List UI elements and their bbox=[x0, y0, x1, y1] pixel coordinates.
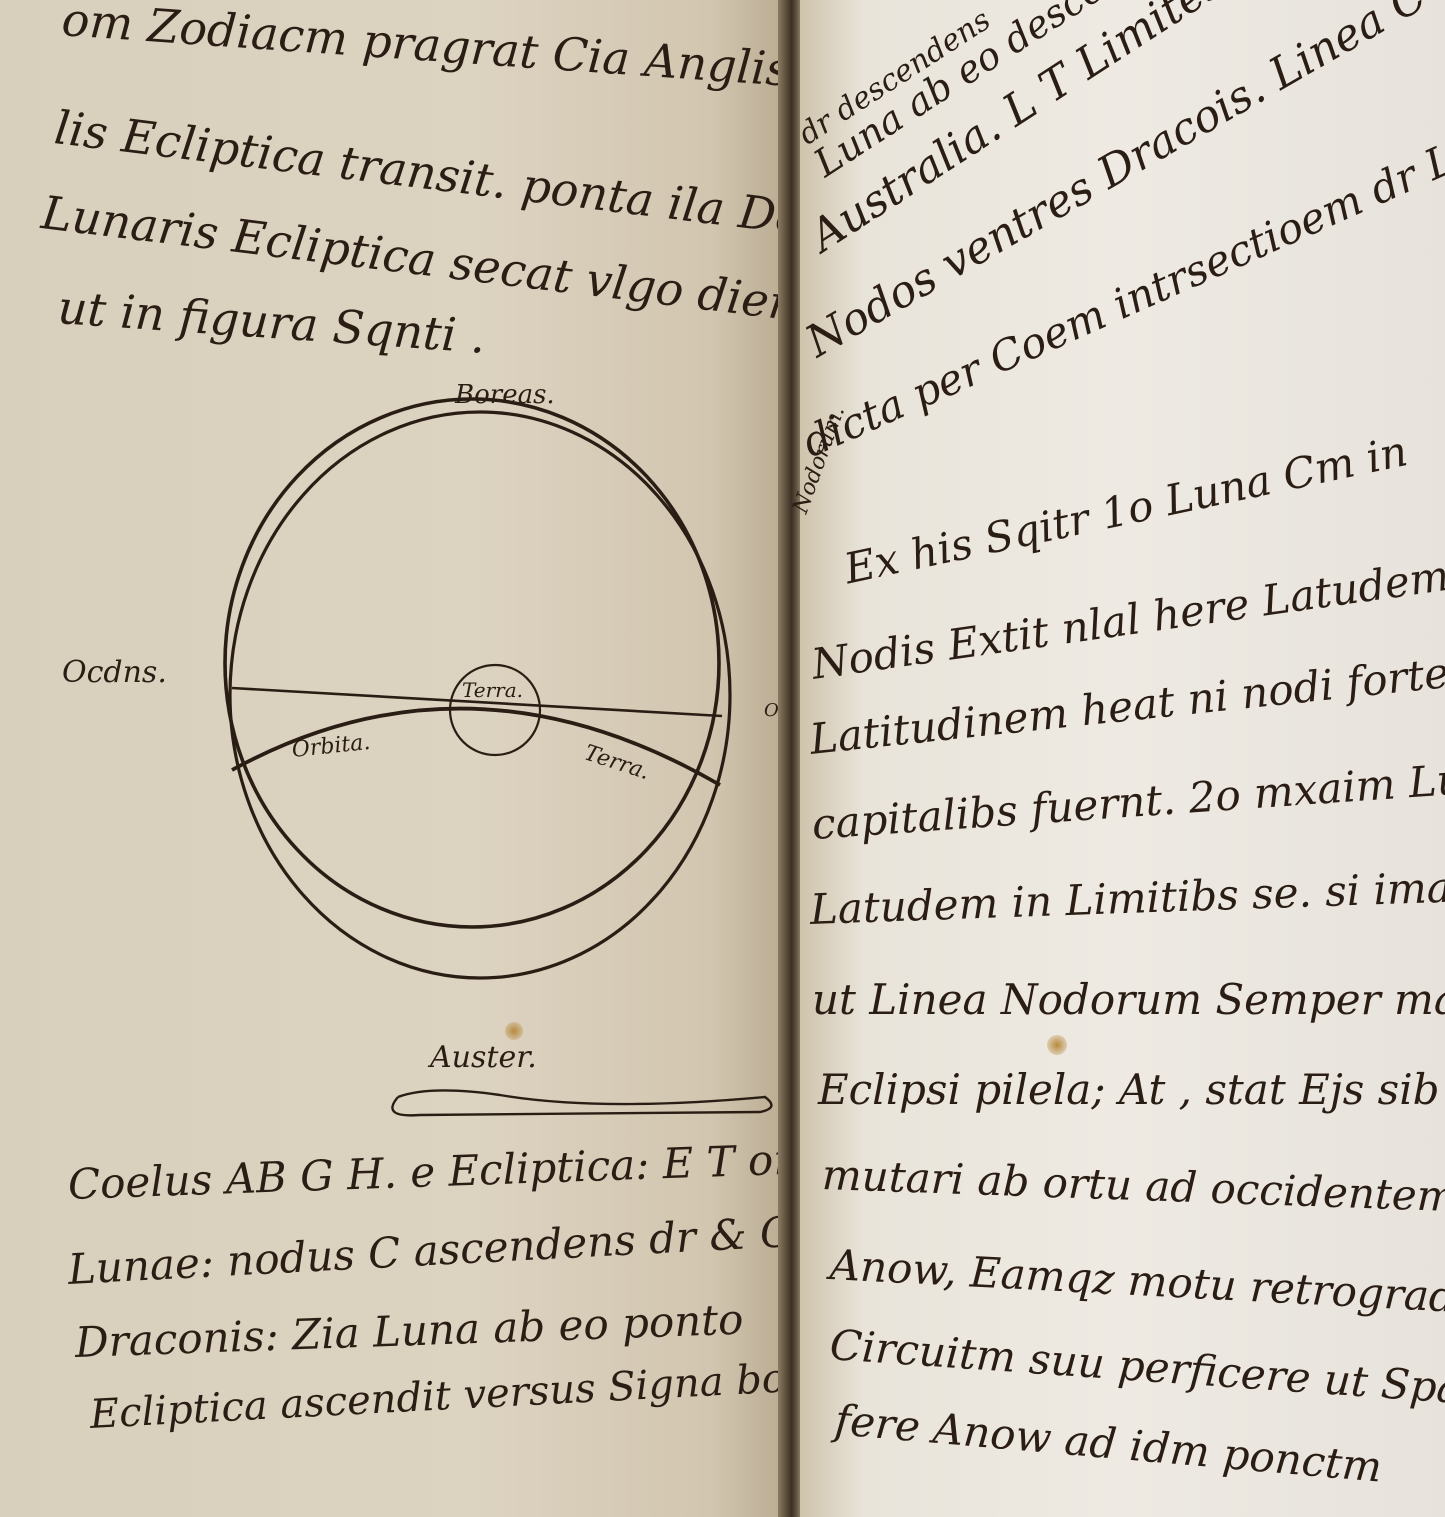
label-occidens: Ocdns. bbox=[62, 655, 167, 690]
right-text-line: Circuitm suu perficere ut Spa bbox=[828, 1320, 1445, 1413]
right-text-line: mutari ab ortu ad occidentem , Ir bbox=[821, 1150, 1445, 1224]
right-text-line: Anow, Eamqz motu retrograd bbox=[829, 1240, 1445, 1322]
right-text-line: fere Anow ad idm ponctm bbox=[833, 1395, 1384, 1492]
right-text-line: ut Linea Nodorum Semper mane bbox=[812, 975, 1445, 1024]
label-auster: Auster. bbox=[430, 1040, 537, 1075]
left-text-line: Lunae: nodus C ascendens dr & Caput bbox=[67, 1202, 889, 1294]
flourish-divider bbox=[392, 1090, 771, 1115]
label-boreas: Boreas. bbox=[455, 380, 555, 410]
ink-stain bbox=[1047, 1035, 1067, 1055]
right-text-line: capitalibs fuernt. 2o mxaim Lun bbox=[810, 753, 1445, 849]
label-terra-center: Terra. bbox=[462, 678, 523, 702]
inner-circle-ecliptic bbox=[225, 399, 719, 927]
manuscript-spread: om Zodiacm pragrat Cia Anglis mul lis Ec… bbox=[0, 0, 1445, 1517]
left-text-line: Coelus AB G H. e Ecliptica: E T orbita bbox=[67, 1132, 876, 1209]
right-page: dr descendens Luna ab eo descendit Austr… bbox=[800, 0, 1445, 1517]
left-page: om Zodiacm pragrat Cia Anglis mul lis Ec… bbox=[0, 0, 790, 1517]
right-text-line: Latudem in Limitibs se. si ima bbox=[809, 863, 1445, 934]
right-text-line: Eclipsi pilela; At , stat Ejs sib bbox=[818, 1065, 1440, 1114]
left-text-line: Draconis: Zia Luna ab eo ponto bbox=[74, 1295, 744, 1367]
ink-stain bbox=[505, 1022, 523, 1040]
celestial-diagram bbox=[0, 0, 790, 1120]
